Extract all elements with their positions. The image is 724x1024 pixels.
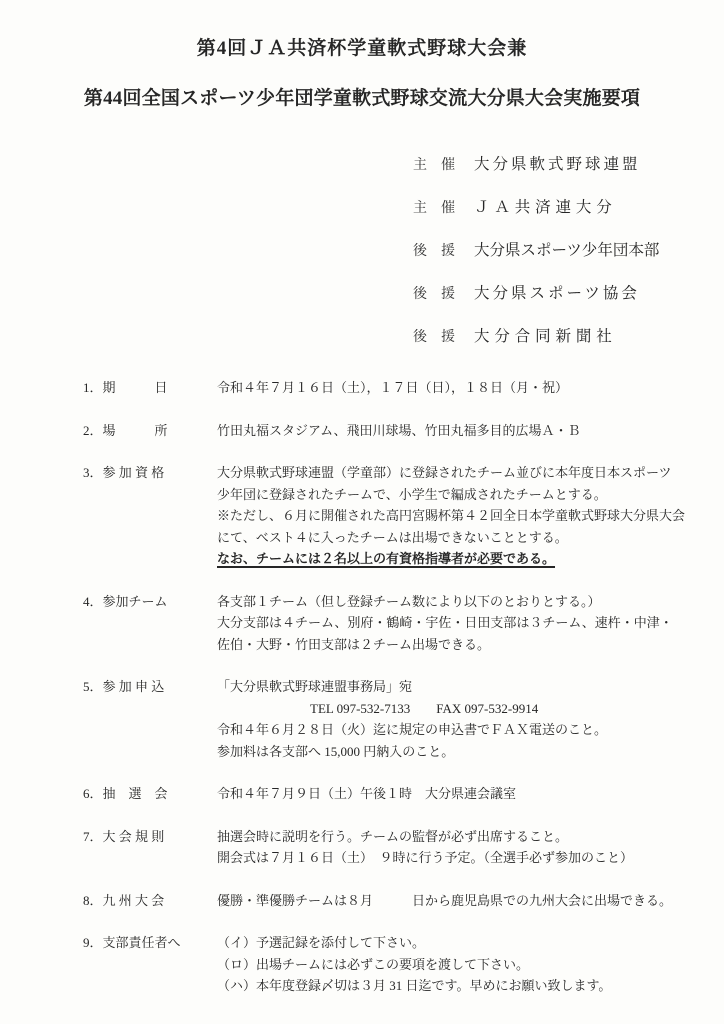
item-body: 竹田丸福スタジアム、飛田川球場、竹田丸福多目的広場Ａ・Ｂ	[217, 420, 694, 442]
sponsor-name: 大 分 合 同 新 聞 社	[474, 324, 612, 346]
item-line: 各支部１チーム（但し登録チーム数により以下のとおりとする。）	[217, 591, 694, 613]
item-body: 「大分県軟式野球連盟事務局」宛 TEL 097-532-7133 FAX 097…	[217, 676, 694, 762]
item-line: 竹田丸福スタジアム、飛田川球場、竹田丸福多目的広場Ａ・Ｂ	[217, 420, 694, 442]
sponsor-name: 大分県軟式野球連盟	[474, 152, 641, 174]
document-page: 第4回ＪＡ共済杯学童軟式野球大会兼 第44回全国スポーツ少年団学童軟式野球交流大…	[0, 0, 724, 1024]
sponsor-role: 後 援	[413, 238, 459, 260]
item-label: 7．大 会 規 則	[83, 826, 217, 869]
item-line: （ハ）本年度登録〆切は３月 31 日迄です。早めにお願い致します。	[217, 975, 694, 997]
sponsor-name: 大分県スポーツ少年団本部	[474, 238, 659, 260]
sponsor-role: 後 援	[413, 281, 459, 303]
item-body: （イ）予選記録を添付して下さい。 （ロ）出場チームには必ずこの要項を渡して下さい…	[217, 932, 694, 997]
item-line: 令和４年６月２８日（火）迄に規定の申込書でＦＡＸ電送のこと。	[217, 719, 694, 741]
item-line: 令和４年７月９日（土）午後１時 大分県連会議室	[217, 783, 694, 805]
item-line: ※ただし、６月に開催された高円宮賜杯第４２回全日本学童軟式野球大分県大会	[217, 505, 694, 527]
item-row-rules: 7．大 会 規 則 抽選会時に説明を行う。チームの監督が必ず出席すること。 開会…	[83, 826, 694, 869]
sponsor-name: Ｊ Ａ 共 済 連 大 分	[474, 195, 612, 217]
item-label: 9．支部責任者へ	[83, 932, 217, 997]
item-line: にて、ベスト４に入ったチームは出場できないこととする。	[217, 527, 694, 549]
sponsor-row: 主 催 大分県軟式野球連盟	[413, 152, 724, 195]
item-line: （イ）予選記録を添付して下さい。	[217, 932, 694, 954]
sponsor-role: 主 催	[413, 152, 459, 174]
item-line-tel-fax: TEL 097-532-7133 FAX 097-532-9914	[217, 698, 694, 720]
item-label: 6．抽 選 会	[83, 783, 217, 805]
item-row-teams: 4．参加チーム 各支部１チーム（但し登録チーム数により以下のとおりとする。） 大…	[83, 591, 694, 656]
item-label: 5．参 加 申 込	[83, 676, 217, 762]
items-list: 1．期 日 令和４年７月１６日（土），１７日（日），１８日（月・祝） 2．場 所…	[83, 367, 694, 997]
item-line: （ロ）出場チームには必ずこの要項を渡して下さい。	[217, 954, 694, 976]
sponsor-name: 大分県スポーツ協会	[474, 281, 640, 303]
item-row-kyushu: 8．九 州 大 会 優勝・準優勝チームは８月 日から鹿児島県での九州大会に出場で…	[83, 890, 694, 912]
item-label: 1．期 日	[83, 377, 217, 399]
sponsor-role: 主 催	[413, 195, 459, 217]
item-row-application: 5．参 加 申 込 「大分県軟式野球連盟事務局」宛 TEL 097-532-71…	[83, 676, 694, 762]
item-label: 2．場 所	[83, 420, 217, 442]
item-line: 大分支部は４チーム、別府・鶴崎・宇佐・日田支部は３チーム、速杵・中津・	[217, 612, 694, 634]
item-label: 8．九 州 大 会	[83, 890, 217, 912]
item-label: 4．参加チーム	[83, 591, 217, 656]
item-row-lottery: 6．抽 選 会 令和４年７月９日（土）午後１時 大分県連会議室	[83, 783, 694, 805]
item-body: 各支部１チーム（但し登録チーム数により以下のとおりとする。） 大分支部は４チーム…	[217, 591, 694, 656]
item-body: 大分県軟式野球連盟（学童部）に登録されたチーム並びに本年度日本スポーツ 少年団に…	[217, 462, 694, 570]
document-header: 第4回ＪＡ共済杯学童軟式野球大会兼 第44回全国スポーツ少年団学童軟式野球交流大…	[0, 0, 724, 110]
sponsor-list: 主 催 大分県軟式野球連盟 主 催 Ｊ Ａ 共 済 連 大 分 後 援 大分県ス…	[413, 110, 724, 367]
item-row-date: 1．期 日 令和４年７月１６日（土），１７日（日），１８日（月・祝）	[83, 377, 694, 399]
item-line-emphasized: なお、チームには２名以上の有資格指導者が必要である。	[217, 548, 694, 570]
item-line: 「大分県軟式野球連盟事務局」宛	[217, 676, 694, 698]
item-line: 優勝・準優勝チームは８月 日から鹿児島県での九州大会に出場できる。	[217, 890, 694, 912]
item-line: 少年団に登録されたチームで、小学生で編成されたチームとする。	[217, 484, 694, 506]
item-line: 抽選会時に説明を行う。チームの監督が必ず出席すること。	[217, 826, 694, 848]
item-line: 参加料は各支部へ 15,000 円納入のこと。	[217, 741, 694, 763]
item-body: 抽選会時に説明を行う。チームの監督が必ず出席すること。 開会式は７月１６日（土）…	[217, 826, 694, 869]
item-row-venue: 2．場 所 竹田丸福スタジアム、飛田川球場、竹田丸福多目的広場Ａ・Ｂ	[83, 420, 694, 442]
page-subtitle: 第44回全国スポーツ少年団学童軟式野球交流大分県大会実施要項	[0, 88, 724, 110]
sponsor-role: 後 援	[413, 324, 459, 346]
item-row-eligibility: 3．参 加 資 格 大分県軟式野球連盟（学童部）に登録されたチーム並びに本年度日…	[83, 462, 694, 570]
item-body: 優勝・準優勝チームは８月 日から鹿児島県での九州大会に出場できる。	[217, 890, 694, 912]
page-title: 第4回ＪＡ共済杯学童軟式野球大会兼	[0, 38, 724, 60]
sponsor-row: 後 援 大 分 合 同 新 聞 社	[413, 324, 724, 367]
item-body: 令和４年７月１６日（土），１７日（日），１８日（月・祝）	[217, 377, 694, 399]
item-line: 佐伯・大野・竹田支部は２チーム出場できる。	[217, 634, 694, 656]
sponsor-row: 主 催 Ｊ Ａ 共 済 連 大 分	[413, 195, 724, 238]
item-label: 3．参 加 資 格	[83, 462, 217, 570]
item-line: 開会式は７月１６日（土） ９時に行う予定。（全選手必ず参加のこと）	[217, 847, 694, 869]
sponsor-row: 後 援 大分県スポーツ協会	[413, 281, 724, 324]
item-line: 大分県軟式野球連盟（学童部）に登録されたチーム並びに本年度日本スポーツ	[217, 462, 694, 484]
sponsor-row: 後 援 大分県スポーツ少年団本部	[413, 238, 724, 281]
item-row-branch-managers: 9．支部責任者へ （イ）予選記録を添付して下さい。 （ロ）出場チームには必ずこの…	[83, 932, 694, 997]
item-line: 令和４年７月１６日（土），１７日（日），１８日（月・祝）	[217, 377, 694, 399]
item-body: 令和４年７月９日（土）午後１時 大分県連会議室	[217, 783, 694, 805]
